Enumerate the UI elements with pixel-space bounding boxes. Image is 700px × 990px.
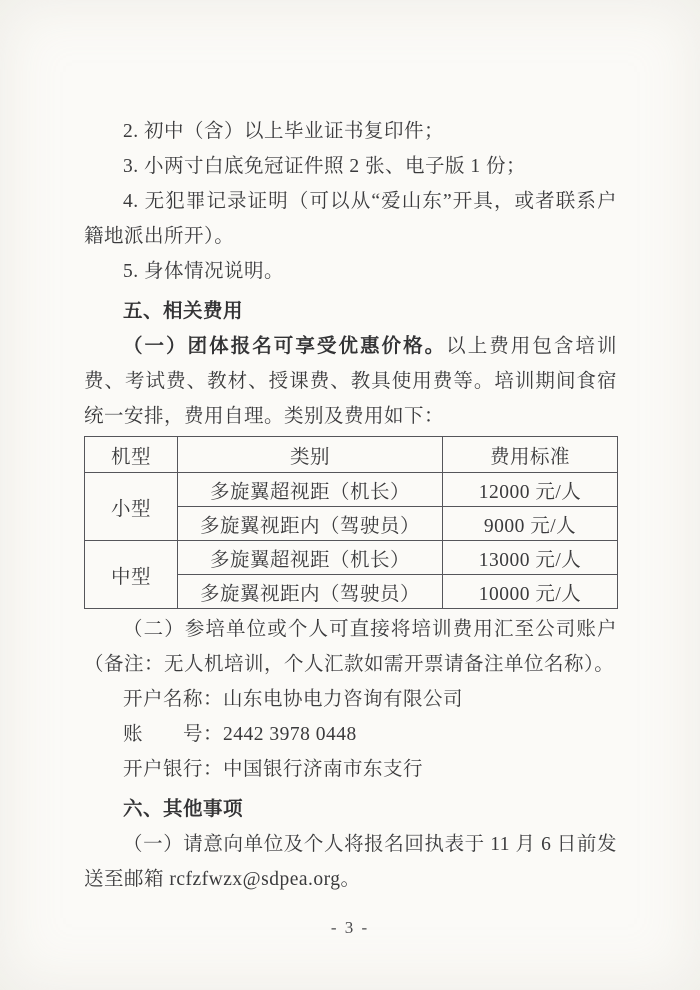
requirement-item-3: 3. 小两寸白底免冠证件照 2 张、电子版 1 份； — [84, 149, 617, 184]
section-title-fees: 五、相关费用 — [84, 294, 617, 329]
fee-table-header-model: 机型 — [85, 437, 178, 473]
fee-table-header-row: 机型 类别 费用标准 — [85, 437, 618, 473]
fee-table-category-cell: 多旋翼视距内（驾驶员） — [178, 575, 443, 609]
fee-table-row: 中型 多旋翼超视距（机长） 13000 元/人 — [85, 541, 618, 575]
fee-table-fee-cell: 9000 元/人 — [443, 507, 618, 541]
fee-table-header-fee: 费用标准 — [443, 437, 618, 473]
page-number: - 3 - — [0, 918, 700, 938]
requirement-item-5: 5. 身体情况说明。 — [84, 254, 617, 289]
other-item-paragraph: （一）请意向单位及个人将报名回执表于 11 月 6 日前发送至邮箱 rcfzfw… — [84, 827, 617, 897]
fee-table-row: 小型 多旋翼超视距（机长） 12000 元/人 — [85, 473, 618, 507]
account-name-line: 开户名称：山东电协电力咨询有限公司 — [84, 682, 617, 717]
fees-intro-bold-text: （一）团体报名可享受优惠价格。 — [123, 335, 446, 357]
bank-line: 开户银行：中国银行济南市东支行 — [84, 752, 617, 787]
fee-table-category-cell: 多旋翼视距内（驾驶员） — [178, 507, 443, 541]
fee-table: 机型 类别 费用标准 小型 多旋翼超视距（机长） 12000 元/人 多旋翼视距… — [84, 436, 618, 609]
document-page: 2. 初中（含）以上毕业证书复印件； 3. 小两寸白底免冠证件照 2 张、电子版… — [0, 0, 700, 990]
fee-table-fee-cell: 13000 元/人 — [443, 541, 618, 575]
fee-table-category-cell: 多旋翼超视距（机长） — [178, 541, 443, 575]
requirement-item-2: 2. 初中（含）以上毕业证书复印件； — [84, 114, 617, 149]
fee-table-fee-cell: 12000 元/人 — [443, 473, 618, 507]
fee-table-category-cell: 多旋翼超视距（机长） — [178, 473, 443, 507]
section-title-other: 六、其他事项 — [84, 792, 617, 827]
fee-table-fee-cell: 10000 元/人 — [443, 575, 618, 609]
fee-table-header-category: 类别 — [178, 437, 443, 473]
account-number-line: 账 号：2442 3978 0448 — [84, 717, 617, 752]
fees-intro-paragraph: （一）团体报名可享受优惠价格。以上费用包含培训费、考试费、教材、授课费、教具使用… — [84, 329, 617, 434]
fee-table-model-medium: 中型 — [85, 541, 178, 609]
payment-note-paragraph: （二）参培单位或个人可直接将培训费用汇至公司账户（备注：无人机培训，个人汇款如需… — [84, 612, 617, 682]
fee-table-model-small: 小型 — [85, 473, 178, 541]
document-body: 2. 初中（含）以上毕业证书复印件； 3. 小两寸白底免冠证件照 2 张、电子版… — [84, 114, 617, 897]
requirement-item-4: 4. 无犯罪记录证明（可以从“爱山东”开具，或者联系户籍地派出所开）。 — [84, 184, 617, 254]
